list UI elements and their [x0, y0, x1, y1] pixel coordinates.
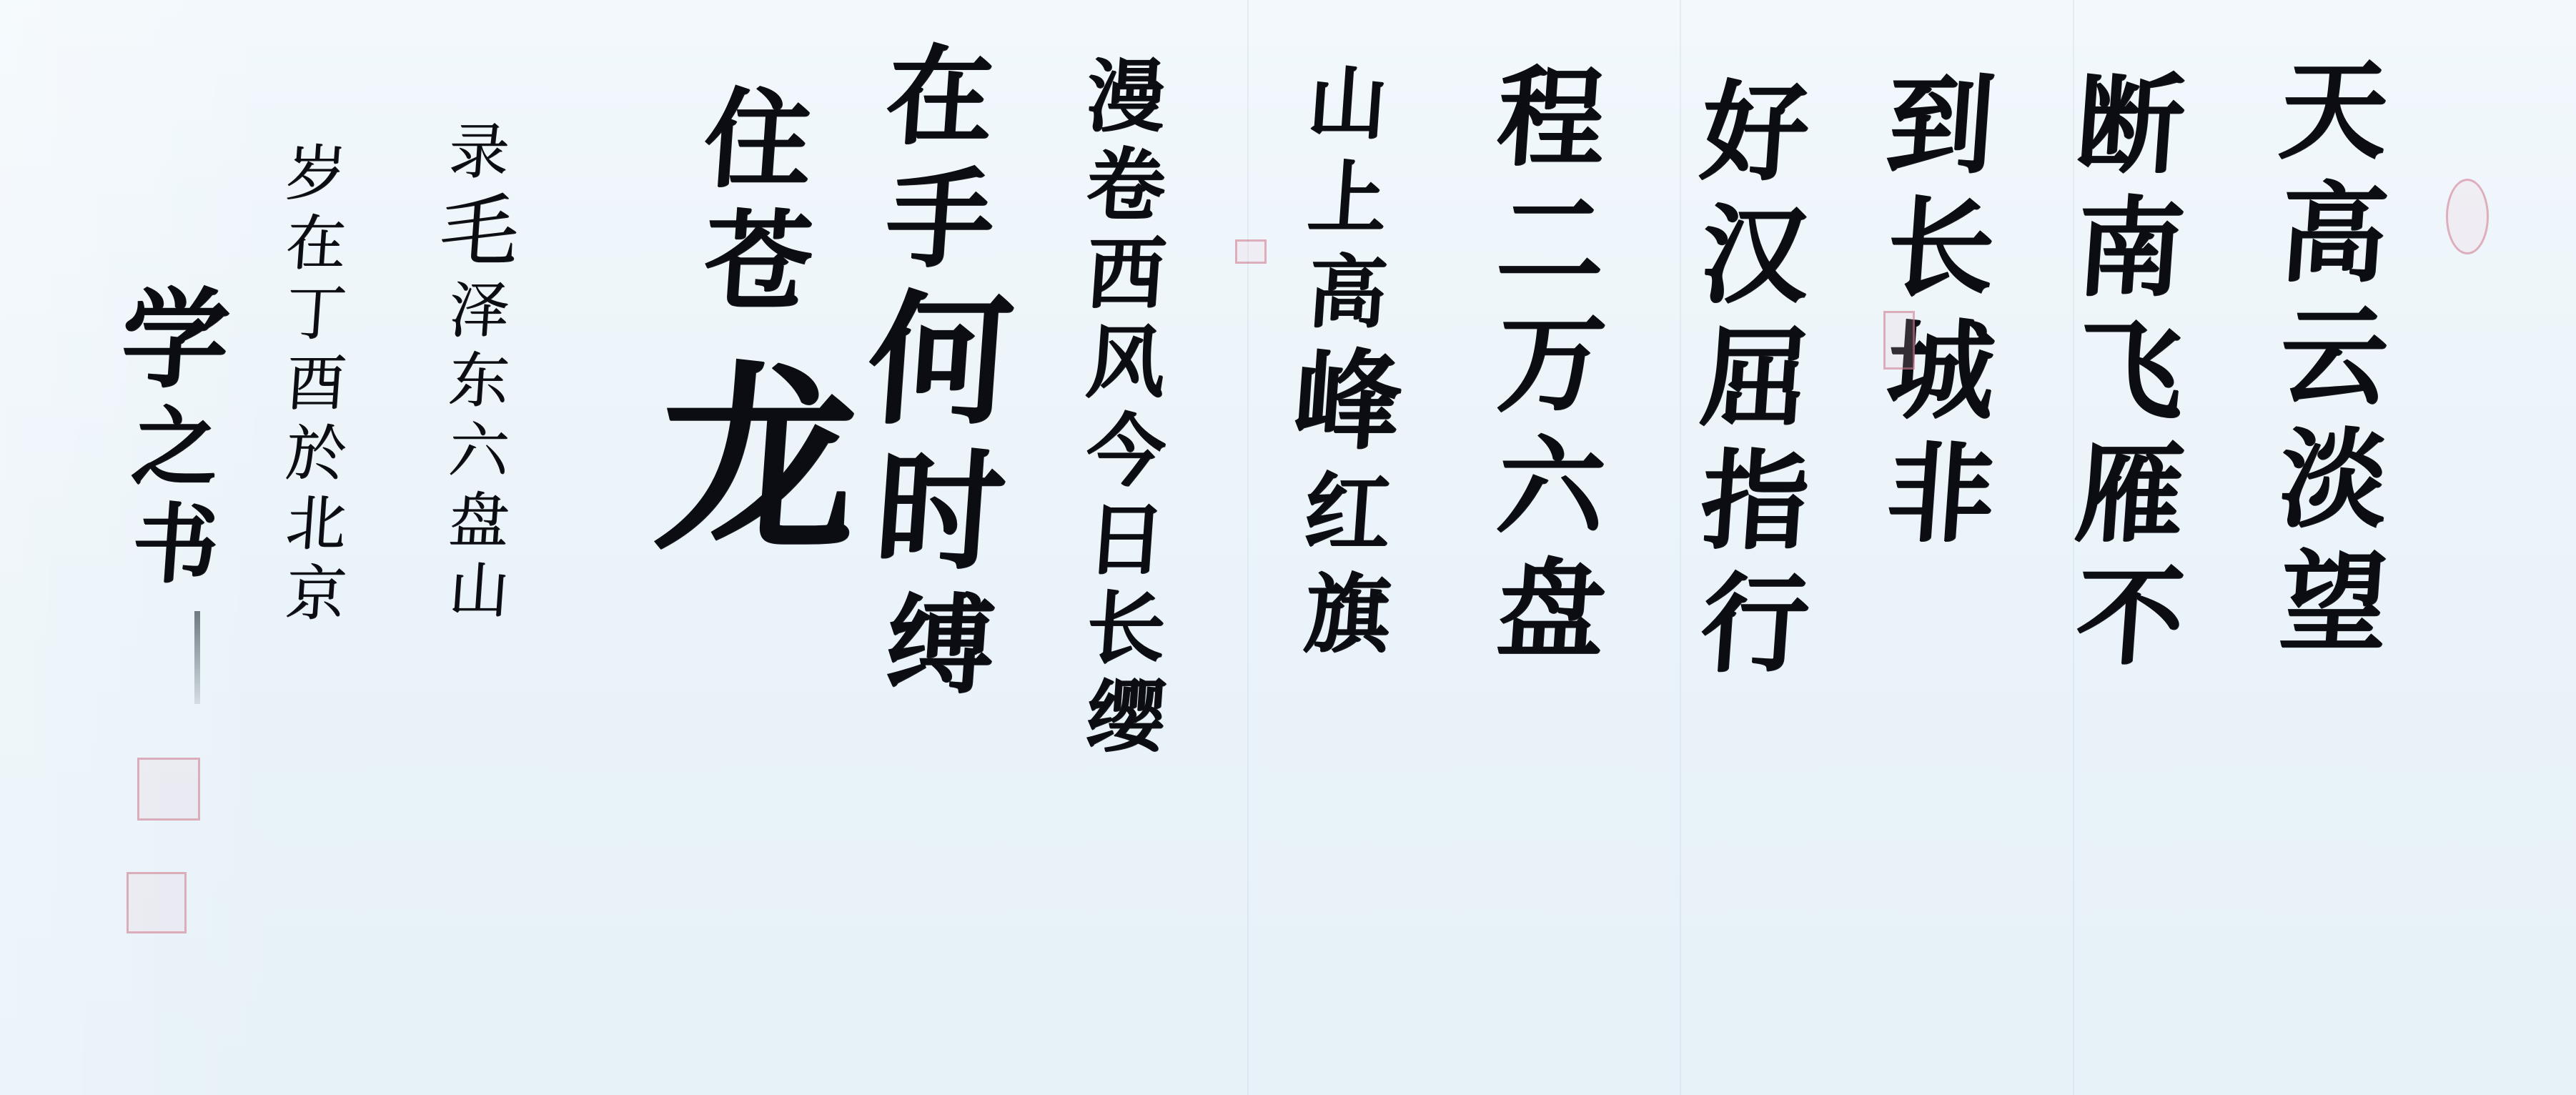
poem-char: 何 — [863, 289, 1016, 432]
poem-char: 六 — [1494, 433, 1609, 540]
poem-char: 行 — [1698, 570, 1813, 678]
poem-column-2: 断 南 飞 雁 不 — [2076, 71, 2184, 686]
poem-column-1: 天 高 云 淡 望 — [2280, 57, 2387, 672]
leading-seal — [2446, 179, 2489, 254]
poem-char: 盘 — [1494, 556, 1609, 663]
signature-char: 学 — [118, 286, 233, 393]
paper-fold-line — [1247, 0, 1249, 1095]
poem-char: 南 — [2073, 194, 2188, 302]
name-seal-1 — [137, 758, 200, 821]
poem-char: 龙 — [650, 360, 865, 560]
poem-char: 云 — [2277, 303, 2392, 410]
poem-char: 长 — [1084, 589, 1168, 668]
poem-char: 今 — [1084, 412, 1168, 490]
poem-char: 缚 — [883, 592, 998, 699]
artist-signature: 学 之 书 — [122, 286, 229, 599]
poem-char: 飞 — [2073, 317, 2188, 425]
inscription-char: 山 — [447, 560, 511, 620]
poem-column-6: 山 上 高 峰 红 旗 — [1294, 64, 1401, 673]
poem-column-4: 好 汉 屈 指 行 — [1701, 79, 1808, 693]
inscription-char: 六 — [447, 420, 511, 480]
poem-char: 万 — [1494, 310, 1609, 417]
poem-char: 高 — [2277, 180, 2392, 287]
poem-char: 到 — [1883, 71, 1998, 179]
signature-char: 书 — [129, 502, 221, 588]
poem-char: 淡 — [2277, 426, 2392, 533]
poem-char: 二 — [1494, 187, 1609, 294]
corner-seal-2 — [1235, 239, 1267, 264]
poem-char: 卷 — [1084, 146, 1168, 224]
poem-char: 苍 — [700, 209, 816, 316]
poem-char: 望 — [2277, 549, 2392, 656]
poem-char: 缨 — [1084, 678, 1168, 756]
poem-char: 红 — [1302, 470, 1393, 556]
inscription-char: 泽 — [447, 280, 511, 340]
poem-column-8: 在 手 何 时 缚 — [868, 43, 1011, 715]
poem-char: 时 — [871, 447, 1009, 576]
poem-char: 屈 — [1698, 324, 1813, 432]
poem-char: 程 — [1494, 64, 1609, 172]
brush-tail-stroke — [194, 611, 200, 704]
inscription-char: 岁 — [284, 143, 348, 203]
poem-char: 山 — [1305, 64, 1389, 143]
inscription-char: 毛 — [437, 192, 521, 270]
poem-char: 天 — [2277, 57, 2392, 164]
poem-char: 好 — [1698, 79, 1813, 186]
calligraphy-paper: 天 高 云 淡 望 断 南 飞 雁 不 到 长 城 非 好 汉 屈 指 行 程 … — [0, 0, 2576, 1095]
poem-char: 高 — [1305, 253, 1389, 332]
poem-char: 非 — [1883, 440, 1998, 547]
poem-char: 指 — [1698, 447, 1813, 555]
poem-char: 长 — [1883, 194, 1998, 302]
inscription-char: 盘 — [447, 490, 511, 550]
inscription-char: 京 — [284, 563, 348, 623]
poem-column-7: 漫 卷 西 风 今 日 长 缨 — [1086, 57, 1165, 766]
poem-char: 漫 — [1084, 57, 1168, 136]
poem-char: 汉 — [1698, 202, 1813, 309]
inscription-column-1: 录 毛 泽 东 六 盘 山 — [440, 122, 518, 630]
inscription-column-2: 岁 在 丁 酉 於 北 京 — [286, 143, 346, 633]
poem-char: 住 — [700, 86, 816, 193]
poem-column-9: 住 苍 龙 — [658, 86, 858, 576]
inscription-char: 丁 — [284, 283, 348, 343]
poem-char: 风 — [1084, 323, 1168, 402]
poem-char: 日 — [1084, 500, 1168, 579]
poem-char: 手 — [883, 166, 998, 273]
inscription-char: 录 — [447, 122, 511, 182]
poem-column-5: 程 二 万 六 盘 — [1497, 64, 1605, 679]
inscription-char: 酉 — [284, 353, 348, 413]
poem-char: 不 — [2073, 563, 2188, 670]
poem-char: 断 — [2073, 71, 2188, 179]
poem-char: 西 — [1084, 234, 1168, 313]
inscription-char: 东 — [447, 350, 511, 410]
poem-char: 旗 — [1302, 572, 1393, 658]
inscription-char: 在 — [284, 213, 348, 273]
poem-char: 在 — [883, 43, 998, 150]
poem-char: 峰 — [1290, 347, 1405, 455]
name-seal-2 — [127, 872, 187, 933]
signature-char: 之 — [129, 405, 221, 490]
corner-seal-1 — [1883, 311, 1915, 370]
paper-fold-line — [1680, 0, 1681, 1095]
poem-char: 上 — [1305, 159, 1389, 237]
inscription-char: 於 — [284, 423, 348, 483]
poem-char: 雁 — [2073, 440, 2188, 547]
inscription-char: 北 — [284, 493, 348, 553]
